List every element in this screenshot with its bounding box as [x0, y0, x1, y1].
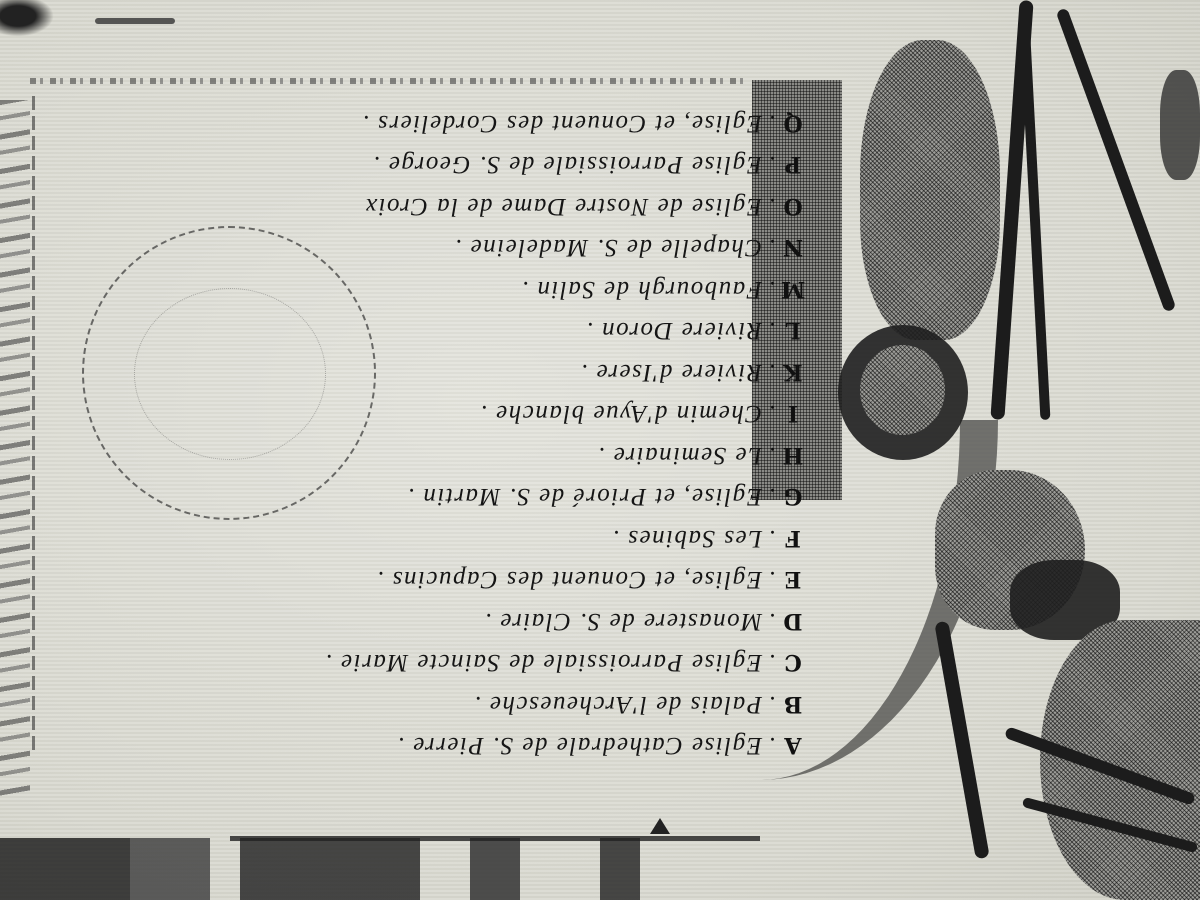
- legend-separator: .: [762, 443, 776, 468]
- legend-entry-m: M . Faubourgh de Salin .: [520, 269, 810, 309]
- legend-letter: B: [776, 691, 810, 717]
- right-figure-bottom: [1040, 620, 1200, 900]
- legend-text: Chapelle de S. Madeleine .: [454, 233, 762, 261]
- legend-letter: K: [776, 359, 810, 385]
- legend-separator: .: [762, 235, 776, 260]
- legend-letter: M: [776, 276, 810, 302]
- legend-text: Eglise de Nostre Dame de la Croix: [364, 192, 762, 220]
- legend-text: Chemin d'Ayue blanche .: [479, 399, 762, 427]
- legend-letter: G: [776, 483, 810, 509]
- cartouche-frame-left: [32, 90, 35, 750]
- triangle-mark: [650, 818, 670, 834]
- legend-entry-c: C . Eglise Parroissiale de Saincte Marie…: [324, 642, 810, 682]
- cartouche-frame-bottom: [230, 836, 760, 841]
- legend-separator: .: [762, 401, 776, 426]
- legend-separator: .: [762, 360, 776, 385]
- legend-letter: C: [776, 649, 810, 675]
- legend-letter: A: [776, 732, 810, 758]
- legend-separator: .: [762, 152, 776, 177]
- legend-letter: O: [776, 193, 810, 219]
- legend-letter: F: [776, 525, 810, 551]
- legend-entry-k: K . Riviere d'Isere .: [580, 352, 810, 392]
- left-border-ornament: [0, 100, 30, 800]
- legend-text: Eglise Parroissiale de S. George .: [372, 150, 762, 178]
- legend-separator: .: [762, 526, 776, 551]
- legend-entry-e: E . Eglise, et Conuent des Capucins .: [376, 559, 810, 599]
- right-figure-top: [1160, 70, 1200, 180]
- legend-entry-i: I . Chemin d'Ayue blanche .: [479, 393, 810, 433]
- legend-entry-f: F . Les Sabines .: [611, 518, 810, 558]
- legend-entry-n: N . Chapelle de S. Madeleine .: [454, 227, 810, 267]
- legend-text: Riviere d'Isere .: [580, 358, 762, 386]
- legend-entry-q: Q . Eglise, et Conuent des Cordeliers .: [361, 103, 810, 143]
- legend-text: Eglise, et Prioré de S. Martin .: [406, 482, 762, 510]
- bottom-engraving-band: [0, 838, 780, 900]
- legend-text: Les Sabines .: [611, 524, 762, 552]
- legend-separator: .: [762, 733, 776, 758]
- top-left-ornament: [0, 0, 60, 40]
- legend-entry-p: P . Eglise Parroissiale de S. George .: [372, 144, 810, 184]
- map-legend: A . Eglise Cathedrale de S. Pierre . B .…: [250, 100, 810, 770]
- legend-text: Monastere de S. Claire .: [483, 607, 762, 635]
- legend-letter: I: [776, 400, 810, 426]
- legend-text: Eglise Cathedrale de S. Pierre .: [396, 731, 762, 759]
- legend-entry-d: D . Monastere de S. Claire .: [483, 601, 810, 641]
- legend-separator: .: [762, 484, 776, 509]
- legend-separator: .: [762, 277, 776, 302]
- ink-smudge: [95, 18, 175, 24]
- legend-text: Eglise Parroissiale de Saincte Marie .: [324, 648, 762, 676]
- cherub-face: [860, 345, 945, 435]
- legend-separator: .: [762, 194, 776, 219]
- legend-letter: L: [776, 317, 810, 343]
- legend-letter: P: [776, 151, 810, 177]
- legend-text: Faubourgh de Salin .: [520, 275, 762, 303]
- legend-separator: .: [762, 567, 776, 592]
- legend-entry-a: A . Eglise Cathedrale de S. Pierre .: [396, 725, 810, 765]
- legend-letter: H: [776, 442, 810, 468]
- legend-separator: .: [762, 111, 776, 136]
- legend-text: Eglise, et Conuent des Capucins .: [376, 565, 762, 593]
- legend-separator: .: [762, 609, 776, 634]
- legend-separator: .: [762, 318, 776, 343]
- legend-letter: E: [776, 566, 810, 592]
- legend-separator: .: [762, 650, 776, 675]
- legend-letter: N: [776, 234, 810, 260]
- legend-entry-h: H . Le Seminaire .: [597, 435, 810, 475]
- legend-separator: .: [762, 692, 776, 717]
- cartouche-frame-top: [30, 78, 750, 84]
- legend-text: Palais de l'Archeuesche .: [473, 690, 762, 718]
- legend-text: Riviere Doron .: [585, 316, 762, 344]
- legend-letter: Q: [776, 110, 810, 136]
- legend-letter: D: [776, 608, 810, 634]
- legend-entry-b: B . Palais de l'Archeuesche .: [473, 684, 810, 724]
- legend-entry-g: G . Eglise, et Prioré de S. Martin .: [406, 476, 810, 516]
- legend-entry-l: L . Riviere Doron .: [585, 310, 810, 350]
- legend-text: Le Seminaire .: [597, 441, 762, 469]
- cherub-body: [860, 40, 1000, 340]
- legend-entry-o: O . Eglise de Nostre Dame de la Croix: [364, 186, 810, 226]
- legend-text: Eglise, et Conuent des Cordeliers .: [361, 109, 762, 137]
